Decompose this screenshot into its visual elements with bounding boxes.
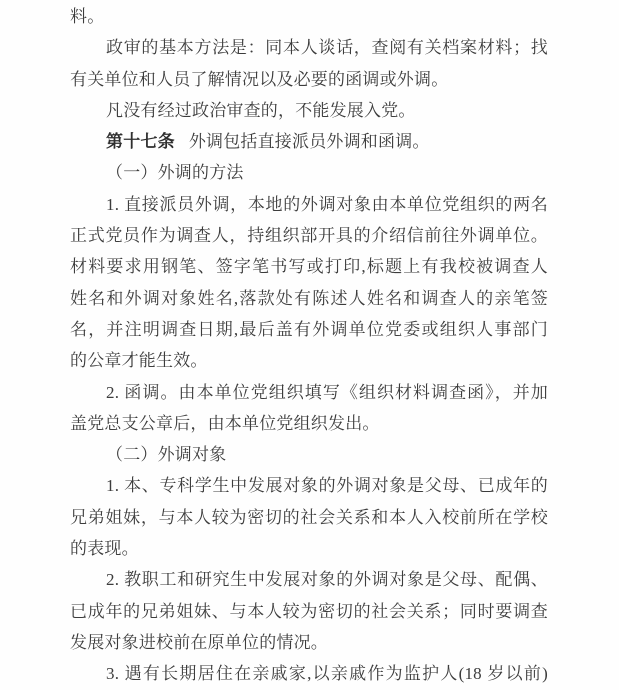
text-line: 政审的基本方法是：同本人谈话，查阅有关档案材料；找 [70, 32, 548, 63]
text-line: 兄弟姐妹，与本人较为密切的社会关系和本人入校前所在学校 [70, 502, 548, 533]
article-number-label: 第十七条 [106, 132, 175, 151]
document-text-block: 料。 政审的基本方法是：同本人谈话，查阅有关档案材料；找 有关单位和人员了解情况… [70, 1, 548, 690]
document-page: 料。 政审的基本方法是：同本人谈话，查阅有关档案材料；找 有关单位和人员了解情况… [0, 0, 619, 690]
text-line: 的表现。 [70, 533, 548, 564]
text-line: 盖党总支公章后，由本单位党组织发出。 [70, 408, 548, 439]
text-line: 名，并注明调查日期,最后盖有外调单位党委或组织人事部门 [70, 314, 548, 345]
article-17-heading-line: 第十七条外调包括直接派员外调和函调。 [70, 126, 548, 157]
text-line: 3. 遇有长期居住在亲戚家,以亲戚作为监护人(18 岁以前) [70, 658, 548, 689]
section-1-heading-line: （一）外调的方法 [70, 157, 548, 188]
text-line: 凡没有经过政治审查的，不能发展入党。 [70, 95, 548, 126]
text-line: 姓名和外调对象姓名,落款处有陈述人姓名和调查人的亲笔签 [70, 283, 548, 314]
text-line: 的公章才能生效。 [70, 345, 548, 376]
text-line: 1. 本、专科学生中发展对象的外调对象是父母、已成年的 [70, 470, 548, 501]
text-line: 有关单位和人员了解情况以及必要的函调或外调。 [70, 64, 548, 95]
text-line: 1. 直接派员外调，本地的外调对象由本单位党组织的两名 [70, 189, 548, 220]
article-heading-text: 外调包括直接派员外调和函调。 [189, 132, 430, 151]
text-line: 已成年的兄弟姐妹、与本人较为密切的社会关系；同时要调查 [70, 596, 548, 627]
text-line: 发展对象进校前在原单位的情况。 [70, 627, 548, 658]
text-line-continuation: 料。 [70, 1, 548, 32]
text-line: 2. 函调。由本单位党组织填写《组织材料调查函》，并加 [70, 377, 548, 408]
text-line: 正式党员作为调查人，持组织部开具的介绍信前往外调单位。 [70, 220, 548, 251]
section-2-heading-line: （二）外调对象 [70, 439, 548, 470]
text-line: 2. 教职工和研究生中发展对象的外调对象是父母、配偶、 [70, 564, 548, 595]
text-line: 材料要求用钢笔、签字笔书写或打印,标题上有我校被调查人 [70, 251, 548, 282]
